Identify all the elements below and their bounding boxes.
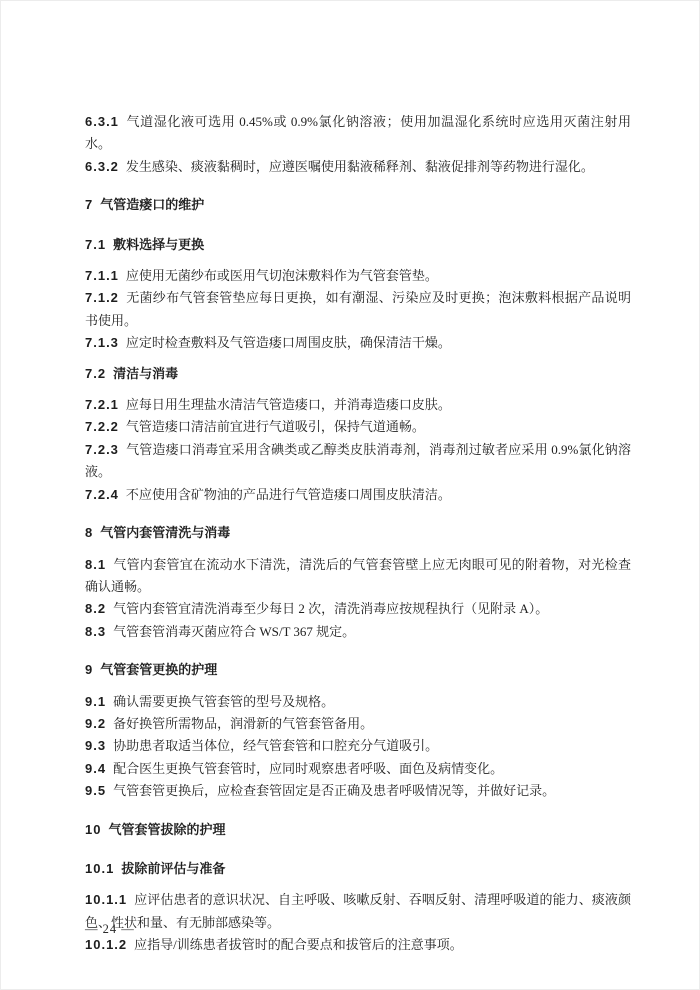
chapter-heading: 8气管内套管清洗与消毒 — [85, 506, 631, 553]
clause-text: 备好换管所需物品，润滑新的气管套管备用。 — [113, 716, 373, 731]
clause-paragraph: 7.2.4不应使用含矿物油的产品进行气管造瘘口周围皮肤清洁。 — [85, 484, 631, 506]
chapter-heading: 9气管套管更换的护理 — [85, 643, 631, 690]
clause-paragraph: 9.5气管套管更换后，应检查套管固定是否正确及患者呼吸情况等，并做好记录。 — [85, 780, 631, 802]
clause-text: 不应使用含矿物油的产品进行气管造瘘口周围皮肤清洁。 — [126, 487, 451, 502]
clause-number: 9 — [85, 662, 93, 677]
clause-number: 7 — [85, 197, 93, 212]
chapter-heading: 7气管造瘘口的维护 — [85, 178, 631, 225]
clause-number: 7.2.2 — [85, 419, 119, 434]
clause-number: 8.3 — [85, 624, 106, 639]
clause-text: 气管造瘘口的维护 — [100, 197, 204, 212]
page-number: — 24 — — [85, 922, 135, 936]
clause-text: 拔除前评估与准备 — [121, 861, 225, 876]
clause-text: 应使用无菌纱布或医用气切泡沫敷料作为气管套管垫。 — [126, 268, 438, 283]
clause-number: 9.5 — [85, 783, 106, 798]
clause-paragraph: 7.1.3应定时检查敷料及气管造瘘口周围皮肤，确保清洁干燥。 — [85, 332, 631, 354]
clause-paragraph: 10.1.2应指导/训练患者拔管时的配合要点和拔管后的注意事项。 — [85, 934, 631, 956]
document-body: 6.3.1气道湿化液可选用 0.45%或 0.9%氯化钠溶液；使用加温湿化系统时… — [1, 1, 699, 957]
clause-text: 应指导/训练患者拔管时的配合要点和拔管后的注意事项。 — [134, 937, 463, 952]
clause-number: 9.1 — [85, 694, 106, 709]
clause-number: 9.2 — [85, 716, 106, 731]
clause-number: 7.1.1 — [85, 268, 119, 283]
clause-number: 8.1 — [85, 557, 106, 572]
clause-text: 协助患者取适当体位，经气管套管和口腔充分气道吸引。 — [113, 738, 438, 753]
clause-number: 10.1 — [85, 861, 114, 876]
clause-text: 气道湿化液可选用 0.45%或 0.9%氯化钠溶液；使用加温湿化系统时应选用灭菌… — [85, 114, 631, 151]
clause-paragraph: 7.1.2无菌纱布气管套管垫应每日更换，如有潮湿、污染应及时更换；泡沫敷料根据产… — [85, 287, 631, 332]
clause-text: 应每日用生理盐水清洁气管造瘘口，并消毒造瘘口皮肤。 — [126, 397, 451, 412]
clause-text: 气管内套管宜在流动水下清洗，清洗后的气管套管壁上应无肉眼可见的附着物，对光检查确… — [85, 557, 631, 594]
clause-text: 无菌纱布气管套管垫应每日更换，如有潮湿、污染应及时更换；泡沫敷料根据产品说明书使… — [85, 290, 631, 327]
clause-paragraph: 7.1.1应使用无菌纱布或医用气切泡沫敷料作为气管套管垫。 — [85, 265, 631, 287]
clause-number: 7.1.3 — [85, 335, 119, 350]
clause-paragraph: 7.2.3气管造瘘口消毒宜采用含碘类或乙醇类皮肤消毒剂，消毒剂过敏者应采用 0.… — [85, 439, 631, 484]
clause-text: 气管内套管清洗与消毒 — [100, 525, 230, 540]
clause-number: 7.2.4 — [85, 487, 119, 502]
clause-text: 应定时检查敷料及气管造瘘口周围皮肤，确保清洁干燥。 — [126, 335, 451, 350]
clause-text: 气管套管更换的护理 — [100, 662, 217, 677]
clause-number: 7.1.2 — [85, 290, 119, 305]
clause-text: 气管套管更换后，应检查套管固定是否正确及患者呼吸情况等，并做好记录。 — [113, 783, 555, 798]
clause-number: 10.1.2 — [85, 937, 127, 952]
clause-number: 9.4 — [85, 761, 106, 776]
clause-text: 气管套管消毒灭菌应符合 WS/T 367 规定。 — [113, 624, 355, 639]
clause-number: 8.2 — [85, 601, 106, 616]
clause-number: 8 — [85, 525, 93, 540]
clause-paragraph: 7.2.2气管造瘘口清洁前宜进行气道吸引，保持气道通畅。 — [85, 416, 631, 438]
clause-number: 6.3.1 — [85, 114, 119, 129]
clause-text: 气管内套管宜清洗消毒至少每日 2 次，清洗消毒应按规程执行（见附录 A）。 — [113, 601, 548, 616]
clause-text: 气管套管拔除的护理 — [108, 822, 225, 837]
clause-number: 10.1.1 — [85, 892, 127, 907]
section-heading: 7.1敷料选择与更换 — [85, 226, 631, 265]
clause-text: 确认需要更换气管套管的型号及规格。 — [113, 694, 334, 709]
section-heading: 7.2清洁与消毒 — [85, 355, 631, 394]
clause-paragraph: 9.2备好换管所需物品，润滑新的气管套管备用。 — [85, 713, 631, 735]
section-heading: 10.1拔除前评估与准备 — [85, 850, 631, 889]
clause-paragraph: 6.3.2发生感染、痰液黏稠时，应遵医嘱使用黏液稀释剂、黏液促排剂等药物进行湿化… — [85, 156, 631, 178]
clause-paragraph: 6.3.1气道湿化液可选用 0.45%或 0.9%氯化钠溶液；使用加温湿化系统时… — [85, 111, 631, 156]
clause-number: 6.3.2 — [85, 159, 119, 174]
clause-number: 10 — [85, 822, 101, 837]
clause-text: 清洁与消毒 — [113, 366, 178, 381]
clause-paragraph: 9.1确认需要更换气管套管的型号及规格。 — [85, 691, 631, 713]
clause-paragraph: 9.4配合医生更换气管套管时，应同时观察患者呼吸、面色及病情变化。 — [85, 758, 631, 780]
clause-text: 气管造瘘口消毒宜采用含碘类或乙醇类皮肤消毒剂，消毒剂过敏者应采用 0.9%氯化钠… — [85, 442, 631, 479]
clause-paragraph: 8.2气管内套管宜清洗消毒至少每日 2 次，清洗消毒应按规程执行（见附录 A）。 — [85, 598, 631, 620]
clause-paragraph: 8.1气管内套管宜在流动水下清洗，清洗后的气管套管壁上应无肉眼可见的附着物，对光… — [85, 554, 631, 599]
clause-text: 气管造瘘口清洁前宜进行气道吸引，保持气道通畅。 — [126, 419, 425, 434]
chapter-heading: 10气管套管拔除的护理 — [85, 803, 631, 850]
clause-text: 配合医生更换气管套管时，应同时观察患者呼吸、面色及病情变化。 — [113, 761, 503, 776]
clause-number: 9.3 — [85, 738, 106, 753]
clause-number: 7.2 — [85, 366, 106, 381]
clause-number: 7.1 — [85, 237, 106, 252]
clause-paragraph: 9.3协助患者取适当体位，经气管套管和口腔充分气道吸引。 — [85, 735, 631, 757]
page-footer: — 24 — — [85, 922, 135, 937]
document-page: 6.3.1气道湿化液可选用 0.45%或 0.9%氯化钠溶液；使用加温湿化系统时… — [0, 0, 700, 990]
clause-paragraph: 8.3气管套管消毒灭菌应符合 WS/T 367 规定。 — [85, 621, 631, 643]
clause-text: 敷料选择与更换 — [113, 237, 204, 252]
clause-paragraph: 10.1.1应评估患者的意识状况、自主呼吸、咳嗽反射、吞咽反射、清理呼吸道的能力… — [85, 889, 631, 934]
clause-text: 发生感染、痰液黏稠时，应遵医嘱使用黏液稀释剂、黏液促排剂等药物进行湿化。 — [126, 159, 594, 174]
clause-number: 7.2.3 — [85, 442, 119, 457]
clause-paragraph: 7.2.1应每日用生理盐水清洁气管造瘘口，并消毒造瘘口皮肤。 — [85, 394, 631, 416]
clause-number: 7.2.1 — [85, 397, 119, 412]
clause-text: 应评估患者的意识状况、自主呼吸、咳嗽反射、吞咽反射、清理呼吸道的能力、痰液颜色、… — [85, 892, 631, 929]
